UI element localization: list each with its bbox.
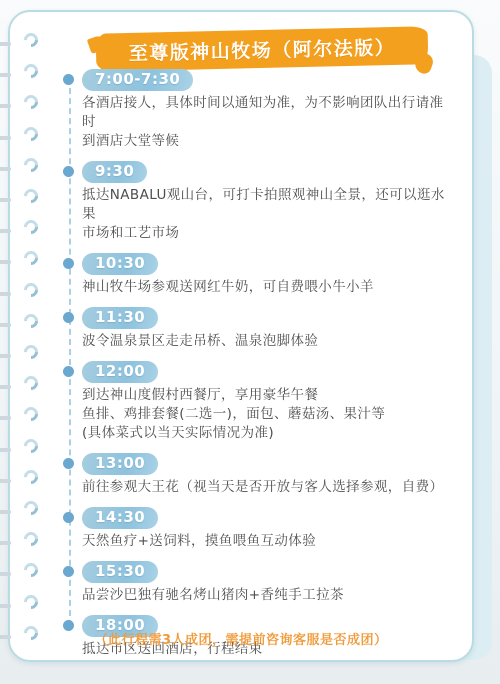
binding-wire-stub [0, 167, 11, 171]
title-banner: 至尊版神山牧场（阿尔法版） [96, 26, 429, 72]
spiral-ring-icon [21, 217, 41, 237]
time-badge: 12:00 [82, 361, 158, 383]
spiral-ring-icon [21, 404, 41, 424]
timeline-dot-icon [63, 566, 74, 577]
timeline-dot-icon [63, 512, 74, 523]
description-line: 市场和工艺市场 [82, 224, 456, 243]
binding-wire-stub [0, 385, 11, 389]
description-line: 到酒店大堂等候 [82, 132, 456, 151]
description-line: (具体菜式以当天实际情况为准) [82, 424, 456, 443]
binding-wire-stub [0, 42, 11, 46]
binding-wire-stub [0, 136, 11, 140]
description-line: 神山牧牛场参观送网红牛奶，可自费喂小牛小羊 [82, 278, 456, 297]
binding-wire-stub [0, 198, 11, 202]
spiral-ring-icon [21, 498, 41, 518]
description-line: 品尝沙巴独有驰名烤山猪肉+香纯手工拉茶 [82, 586, 456, 605]
page-title: 至尊版神山牧场（阿尔法版） [128, 32, 395, 65]
timeline-item: 13:00 前往参观大王花（视当天是否开放与客人选择参观，自费） [82, 453, 456, 497]
time-badge: 15:30 [82, 561, 158, 583]
item-description: 波令温泉景区走走吊桥、温泉泡脚体验 [82, 332, 456, 351]
item-description: 品尝沙巴独有驰名烤山猪肉+香纯手工拉茶 [82, 586, 456, 605]
timeline-dot-icon [63, 458, 74, 469]
binding-wire-stub [0, 604, 11, 608]
spiral-ring-icon [21, 30, 41, 50]
item-description: 到达神山度假村西餐厅，享用豪华午餐鱼排、鸡排套餐(二选一)，面包、蘑菇汤、果汁等… [82, 386, 456, 443]
spiral-ring-icon [21, 186, 41, 206]
itinerary-card: 至尊版神山牧场（阿尔法版） 7:00-7:30 各酒店接人，具体时间以通知为准，… [8, 10, 474, 662]
spiral-ring-icon [21, 623, 41, 643]
spiral-ring-icon [21, 560, 41, 580]
timeline-item: 7:00-7:30 各酒店接人，具体时间以通知为准，为不影响团队出行请准时到酒店… [82, 69, 456, 151]
timeline-item: 12:00 到达神山度假村西餐厅，享用豪华午餐鱼排、鸡排套餐(二选一)，面包、蘑… [82, 361, 456, 443]
binding-wire-stub [0, 635, 11, 639]
timeline-dot-icon [63, 166, 74, 177]
binding-wire-stub [0, 448, 11, 452]
binding-wire-stub [0, 416, 11, 420]
spiral-ring-icon [21, 280, 41, 300]
binding-wire-stub [0, 104, 11, 108]
description-line: 天然鱼疗+送饲料，摸鱼喂鱼互动体验 [82, 532, 456, 551]
description-line: 各酒店接人，具体时间以通知为准，为不影响团队出行请准时 [82, 94, 456, 132]
binding-wire-stub [0, 572, 11, 576]
binding-wire-stub [0, 354, 11, 358]
spiral-ring-icon [21, 61, 41, 81]
spiral-ring-icon [21, 248, 41, 268]
binding-wire-stub [0, 260, 11, 264]
spiral-ring-icon [21, 155, 41, 175]
spiral-ring-icon [21, 529, 41, 549]
time-badge: 14:30 [82, 507, 158, 529]
description-line: 抵达NABALU观山台，可打卡拍照观神山全景，还可以逛水果 [82, 186, 456, 224]
timeline-dot-icon [63, 312, 74, 323]
spiral-ring-icon [21, 92, 41, 112]
binding-wire-stub [0, 323, 11, 327]
binding-wire-stub [0, 73, 11, 77]
spiral-ring-icon [21, 373, 41, 393]
binding-wire-stub [0, 292, 11, 296]
timeline-item: 10:30 神山牧牛场参观送网红牛奶，可自费喂小牛小羊 [82, 253, 456, 297]
timeline-item: 14:30 天然鱼疗+送饲料，摸鱼喂鱼互动体验 [82, 507, 456, 551]
spiral-ring-icon [21, 342, 41, 362]
spiral-ring-icon [21, 124, 41, 144]
time-badge: 7:00-7:30 [82, 69, 193, 91]
spiral-ring-icon [21, 467, 41, 487]
timeline-item: 11:30 波令温泉景区走走吊桥、温泉泡脚体验 [82, 307, 456, 351]
timeline-item: 9:30 抵达NABALU观山台，可打卡拍照观神山全景，还可以逛水果市场和工艺市… [82, 161, 456, 243]
time-badge: 10:30 [82, 253, 158, 275]
spiral-ring-icon [21, 311, 41, 331]
timeline-line [69, 78, 71, 626]
binding-wire-stub [0, 479, 11, 483]
spiral-ring-icon [21, 592, 41, 612]
binding-wire-stub [0, 541, 11, 545]
item-description: 神山牧牛场参观送网红牛奶，可自费喂小牛小羊 [82, 278, 456, 297]
page-background: 至尊版神山牧场（阿尔法版） 7:00-7:30 各酒店接人，具体时间以通知为准，… [0, 0, 500, 684]
spiral-binding [0, 0, 46, 684]
timeline-dot-icon [63, 366, 74, 377]
timeline: 7:00-7:30 各酒店接人，具体时间以通知为准，为不影响团队出行请准时到酒店… [82, 69, 456, 669]
timeline-dot-icon [63, 258, 74, 269]
binding-wire-stub [0, 510, 11, 514]
item-description: 前往参观大王花（视当天是否开放与客人选择参观，自费） [82, 478, 456, 497]
time-badge: 9:30 [82, 161, 147, 183]
timeline-dot-icon [63, 74, 74, 85]
item-description: 天然鱼疗+送饲料，摸鱼喂鱼互动体验 [82, 532, 456, 551]
time-badge: 13:00 [82, 453, 158, 475]
timeline-item: 15:30 品尝沙巴独有驰名烤山猪肉+香纯手工拉茶 [82, 561, 456, 605]
time-badge: 11:30 [82, 307, 158, 329]
item-description: 抵达NABALU观山台，可打卡拍照观神山全景，还可以逛水果市场和工艺市场 [82, 186, 456, 243]
spiral-ring-icon [21, 436, 41, 456]
footer-note: （此行程需3人成团，需提前咨询客服是否成团） [10, 629, 472, 648]
description-line: 前往参观大王花（视当天是否开放与客人选择参观，自费） [82, 478, 456, 497]
description-line: 波令温泉景区走走吊桥、温泉泡脚体验 [82, 332, 456, 351]
binding-wire-stub [0, 229, 11, 233]
description-line: 鱼排、鸡排套餐(二选一)，面包、蘑菇汤、果汁等 [82, 405, 456, 424]
description-line: 到达神山度假村西餐厅，享用豪华午餐 [82, 386, 456, 405]
item-description: 各酒店接人，具体时间以通知为准，为不影响团队出行请准时到酒店大堂等候 [82, 94, 456, 151]
